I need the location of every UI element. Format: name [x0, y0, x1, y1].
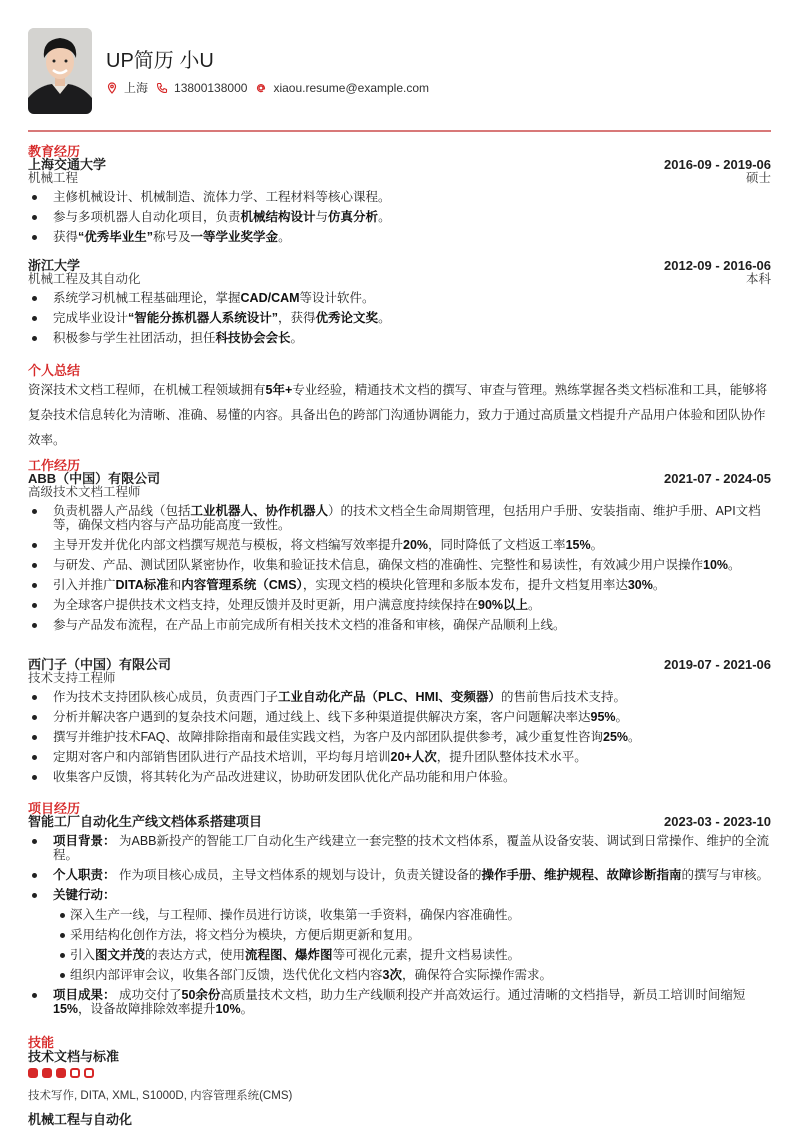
- work-bullets: 负责机器人产品线（包括工业机器人、协作机器人）的技术文档全生命周期管理，包括用户…: [28, 504, 771, 638]
- emphasis-text: 内容管理系统（CMS）: [181, 578, 303, 592]
- bullet-item: 分析并解决客户遇到的复杂技术问题，通过线上、线下多种渠道提供解决方案，客户问题解…: [28, 710, 771, 724]
- major: 机械工程及其自动化: [28, 272, 141, 286]
- bullet-item: 项目成果： 成功交付了50余份高质量技术文档，助力生产线顺利投产并高效运行。通过…: [28, 988, 771, 1016]
- school-name: 浙江大学: [28, 259, 80, 273]
- school-name: 上海交通大学: [28, 158, 106, 172]
- bullet-item: 项目背景： 为ABB新投产的智能工厂自动化生产线建立一套完整的技术文档体系，覆盖…: [28, 834, 771, 862]
- resume-header: UP简历 小U 上海 13800138000 xiaou.resume@exam…: [28, 28, 771, 114]
- work-dates: 2019-07 - 2021-06: [664, 658, 771, 672]
- bullet-item: 采用结构化创作方法，将文档分为模块，方便后期更新和复用。: [28, 928, 771, 942]
- contact-info: 上海 13800138000 xiaou.resume@example.com: [106, 80, 437, 96]
- education-dates: 2012-09 - 2016-06: [664, 259, 771, 273]
- bullet-item: 参与产品发布流程，在产品上市前完成所有相关技术文档的准备和审核，确保产品顺利上线…: [28, 618, 771, 632]
- company-name: ABB（中国）有限公司: [28, 472, 160, 486]
- at-icon: [255, 82, 267, 94]
- summary-text: 资深技术文档工程师，在机械工程领域拥有5年+专业经验，精通技术文档的撰写、审查与…: [28, 378, 771, 453]
- bullet-item: 个人职责： 作为项目核心成员，主导文档体系的规划与设计，负责关键设备的操作手册、…: [28, 868, 771, 882]
- phone-icon: [156, 82, 168, 94]
- work-entry-sub: 技术支持工程师: [28, 671, 771, 685]
- bullet-item: 定期对客户和内部销售团队进行产品技术培训，平均每月培训20+人次，提升团队整体技…: [28, 750, 771, 764]
- skill-name: 机械工程与自动化: [28, 1113, 132, 1127]
- project-dates: 2023-03 - 2023-10: [664, 815, 771, 829]
- phone-text: 13800138000: [174, 80, 247, 96]
- education-entry-head: 上海交通大学 2016-09 - 2019-06: [28, 158, 771, 172]
- contact-email[interactable]: xiaou.resume@example.com: [255, 80, 429, 96]
- emphasis-text: DITA标准: [116, 578, 169, 592]
- education-bullets: 主修机械设计、机械制造、流体力学、工程材料等核心课程。参与多项机器人自动化项目，…: [28, 190, 771, 250]
- emphasis-text: 项目成果：: [53, 988, 116, 1002]
- emphasis-text: 一等学业奖学金: [191, 230, 279, 244]
- avatar-photo-icon: [28, 28, 92, 114]
- bullet-item: 与研发、产品、测试团队紧密协作，收集和验证技术信息，确保文档的准确性、完整性和易…: [28, 558, 771, 572]
- bullet-item: 获得“优秀毕业生”称号及一等学业奖学金。: [28, 230, 771, 244]
- bullet-item: 作为技术支持团队核心成员，负责西门子工业自动化产品（PLC、HMI、变频器）的售…: [28, 690, 771, 704]
- bullet-item: 主导开发并优化内部文档撰写规范与模板，将文档编写效率提升20%，同时降低了文档返…: [28, 538, 771, 552]
- bullet-item: 深入生产一线，与工程师、操作员进行访谈，收集第一手资料，确保内容准确性。: [28, 908, 771, 922]
- emphasis-text: 15%: [566, 538, 591, 552]
- emphasis-text: 流程图、爆炸图: [245, 948, 333, 962]
- emphasis-text: 25%: [603, 730, 628, 744]
- emphasis-text: 工业自动化产品（PLC、HMI、变频器）: [278, 690, 501, 704]
- contact-phone: 13800138000: [156, 80, 247, 96]
- emphasis-text: 优秀论文奖: [316, 311, 379, 325]
- work-entry-sub: 高级技术文档工程师: [28, 485, 771, 499]
- work-dates: 2021-07 - 2024-05: [664, 472, 771, 486]
- rating-dot-filled-icon: [28, 1068, 38, 1078]
- skill-level-rating: [28, 1068, 94, 1078]
- project-name: 智能工厂自动化生产线文档体系搭建项目: [28, 815, 262, 829]
- header-divider: [28, 130, 771, 132]
- skill-description: 技术写作, DITA, XML, S1000D, 内容管理系统(CMS): [28, 1089, 292, 1103]
- emphasis-text: “智能分拣机器人系统设计”: [128, 311, 278, 325]
- emphasis-text: 科技协会会长: [216, 331, 291, 345]
- degree: 硕士: [746, 171, 771, 185]
- emphasis-text: 个人职责：: [53, 868, 116, 882]
- bullet-item: 引入并推广DITA标准和内容管理系统（CMS），实现文档的模块化管理和多版本发布…: [28, 578, 771, 592]
- email-link[interactable]: xiaou.resume@example.com: [273, 80, 429, 96]
- bullet-item: 积极参与学生社团活动，担任科技协会会长。: [28, 331, 771, 345]
- rating-dot-filled-icon: [42, 1068, 52, 1078]
- emphasis-text: 20+人次: [391, 750, 437, 764]
- section-title-summary: 个人总结: [28, 363, 80, 378]
- bullet-item: 系统学习机械工程基础理论，掌握CAD/CAM等设计软件。: [28, 291, 771, 305]
- bullet-item: 引入图文并茂的表达方式，使用流程图、爆炸图等可视化元素，提升文档易读性。: [28, 948, 771, 962]
- education-entry-sub: 机械工程及其自动化 本科: [28, 272, 771, 286]
- rating-dot-filled-icon: [56, 1068, 66, 1078]
- rating-dot-empty-icon: [70, 1068, 80, 1078]
- project-entry-head: 智能工厂自动化生产线文档体系搭建项目 2023-03 - 2023-10: [28, 815, 771, 829]
- emphasis-text: CAD/CAM: [241, 291, 300, 305]
- emphasis-text: 90%以上: [478, 598, 528, 612]
- emphasis-text: 图文并茂: [95, 948, 145, 962]
- bullet-item: 负责机器人产品线（包括工业机器人、协作机器人）的技术文档全生命周期管理，包括用户…: [28, 504, 771, 532]
- work-entry-head: 西门子（中国）有限公司 2019-07 - 2021-06: [28, 658, 771, 672]
- emphasis-text: 15%: [53, 1002, 78, 1016]
- work-entry-head: ABB（中国）有限公司 2021-07 - 2024-05: [28, 472, 771, 486]
- education-entry-head: 浙江大学 2012-09 - 2016-06: [28, 259, 771, 273]
- company-name: 西门子（中国）有限公司: [28, 658, 171, 672]
- bullet-item: 收集客户反馈，将其转化为产品改进建议，协助研发团队优化产品功能和用户体验。: [28, 770, 771, 784]
- rating-dot-empty-icon: [84, 1068, 94, 1078]
- education-bullets: 系统学习机械工程基础理论，掌握CAD/CAM等设计软件。完成毕业设计“智能分拣机…: [28, 291, 771, 351]
- job-role: 高级技术文档工程师: [28, 485, 141, 499]
- candidate-name: UP简历 小U: [106, 48, 214, 74]
- emphasis-text: “优秀毕业生”: [78, 230, 153, 244]
- skill-name: 技术文档与标准: [28, 1050, 119, 1064]
- emphasis-text: 3次: [383, 968, 402, 982]
- degree: 本科: [746, 272, 771, 286]
- bullet-item: 为全球客户提供技术文档支持，处理反馈并及时更新，用户满意度持续保持在90%以上。: [28, 598, 771, 612]
- emphasis-text: 95%: [591, 710, 616, 724]
- job-role: 技术支持工程师: [28, 671, 116, 685]
- emphasis-text: 仿真分析: [328, 210, 378, 224]
- emphasis-text: 50余份: [182, 988, 221, 1002]
- bullet-item: 主修机械设计、机械制造、流体力学、工程材料等核心课程。: [28, 190, 771, 204]
- education-dates: 2016-09 - 2019-06: [664, 158, 771, 172]
- bullet-item: 关键行动：: [28, 888, 771, 902]
- avatar: [28, 28, 92, 114]
- bullet-item: 组织内部评审会议，收集各部门反馈，迭代优化文档内容3次，确保符合实际操作需求。: [28, 968, 771, 982]
- bullet-item: 参与多项机器人自动化项目，负责机械结构设计与仿真分析。: [28, 210, 771, 224]
- map-pin-icon: [106, 82, 118, 94]
- project-bullets: 项目背景： 为ABB新投产的智能工厂自动化生产线建立一套完整的技术文档体系，覆盖…: [28, 834, 771, 1022]
- emphasis-text: 操作手册、维护规程、故障诊断指南: [482, 868, 682, 882]
- section-title-skills: 技能: [28, 1035, 54, 1050]
- emphasis-text: 10%: [703, 558, 728, 572]
- emphasis-text: 5年+: [266, 383, 293, 397]
- emphasis-text: 30%: [628, 578, 653, 592]
- emphasis-text: 关键行动：: [53, 888, 116, 902]
- emphasis-text: 10%: [216, 1002, 241, 1016]
- emphasis-text: 项目背景：: [53, 834, 116, 848]
- contact-location: 上海: [106, 80, 148, 96]
- location-text: 上海: [124, 80, 148, 96]
- major: 机械工程: [28, 171, 78, 185]
- work-bullets: 作为技术支持团队核心成员，负责西门子工业自动化产品（PLC、HMI、变频器）的售…: [28, 690, 771, 790]
- emphasis-text: 工业机器人、协作机器人: [191, 504, 329, 518]
- bullet-item: 完成毕业设计“智能分拣机器人系统设计”，获得优秀论文奖。: [28, 311, 771, 325]
- emphasis-text: 机械结构设计: [241, 210, 316, 224]
- emphasis-text: 20%: [403, 538, 428, 552]
- education-entry-sub: 机械工程 硕士: [28, 171, 771, 185]
- bullet-item: 撰写并维护技术FAQ、故障排除指南和最佳实践文档，为客户及内部团队提供参考，减少…: [28, 730, 771, 744]
